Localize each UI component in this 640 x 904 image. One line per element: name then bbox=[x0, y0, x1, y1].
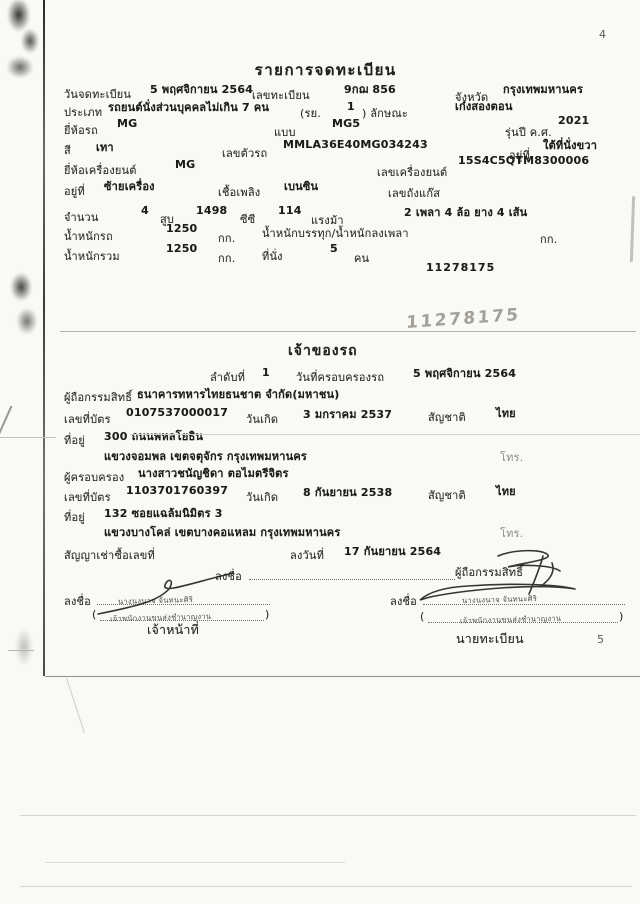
holder-id-value: 0107537000017 bbox=[126, 406, 228, 419]
quantity-label: จำนวน bbox=[64, 208, 99, 226]
officer-stamp-name: นางนงนาจ จันทนะศิริ bbox=[118, 594, 193, 608]
sequence-value: 1 bbox=[262, 366, 270, 379]
serial-number: 11278175 bbox=[426, 261, 495, 274]
gross-weight-value: 1250 bbox=[166, 242, 197, 255]
type-value: รถยนต์นั่งส่วนบุคคลไม่เกิน 7 คน bbox=[108, 98, 269, 116]
engine-no-value: 15S4C5QTM8300006 bbox=[458, 154, 589, 167]
axle-wheel-tire-info: 2 เพลา 4 ล้อ ยาง 4 เส้น bbox=[404, 203, 527, 221]
weight-unit: กก. bbox=[218, 229, 235, 247]
holder-dob-label: วันเกิด bbox=[246, 410, 278, 428]
load-weight-label: น้ำหนักบรรทุก/น้ำหนักลงเพลา bbox=[262, 224, 409, 242]
fuel-value: เบนซิน bbox=[284, 177, 318, 195]
holder-address-label: ที่อยู่ bbox=[64, 431, 85, 449]
seats-label: ที่นั่ง bbox=[262, 247, 283, 265]
scan-scratch-left bbox=[0, 437, 56, 438]
possessor-id-value: 1103701760397 bbox=[126, 484, 228, 497]
possessor-value: นางสาวชนัญชิดา ตอไมตรีจิตร bbox=[138, 464, 289, 482]
color-label: สี bbox=[64, 141, 71, 159]
possessor-tel-label: โทร. bbox=[500, 524, 523, 542]
possessor-label: ผู้ครอบครอง bbox=[64, 468, 124, 486]
seats-value: 5 bbox=[330, 242, 338, 255]
scan-smudge-top-left bbox=[4, 0, 46, 82]
scan-streak-address bbox=[130, 434, 640, 435]
bottom-rule bbox=[45, 676, 640, 677]
holder-id-label: เลขที่บัตร bbox=[64, 410, 111, 428]
chassis-location-value: ใต้ที่นั่งขวา bbox=[543, 136, 597, 154]
possession-date-label: วันที่ครอบครองรถ bbox=[296, 368, 384, 386]
holder-sign-label: ผู้ถือกรรมสิทธิ์ bbox=[455, 563, 523, 581]
registrar-paren-close: ) bbox=[619, 610, 624, 623]
scan-line-2 bbox=[45, 862, 345, 863]
scan-edge-line bbox=[43, 0, 45, 676]
cc-unit: ซีซี bbox=[240, 210, 255, 228]
sign-label-registrar: ลงชื่อ bbox=[390, 592, 417, 610]
section-divider-line bbox=[60, 331, 636, 332]
officer-paren-close: ) bbox=[265, 608, 270, 621]
holder-nationality-value: ไทย bbox=[496, 404, 516, 422]
ry-close-characteristic-label: ) ลักษณะ bbox=[362, 104, 408, 122]
officer-role-label: เจ้าหน้าที่ bbox=[147, 620, 199, 640]
ry-open: (รย. bbox=[300, 104, 321, 122]
holder-value: ธนาคารทหารไทยธนชาต จำกัด(มหาชน) bbox=[137, 385, 339, 403]
holder-nationality-label: สัญชาติ bbox=[428, 408, 466, 426]
page-number-bottom: 5 bbox=[597, 633, 604, 646]
holder-address-line1: 300 ถนนพหลโยธิน bbox=[104, 427, 203, 445]
holder-dob-value: 3 มกราคม 2537 bbox=[303, 405, 392, 423]
type-label: ประเภท bbox=[64, 103, 102, 121]
scan-slash-left bbox=[0, 406, 12, 445]
possession-date-value: 5 พฤศจิกายน 2564 bbox=[413, 364, 516, 382]
contract-date-label: ลงวันที่ bbox=[290, 546, 324, 564]
scan-line-3 bbox=[20, 886, 632, 887]
color-value: เทา bbox=[96, 138, 114, 156]
cc-value: 1498 bbox=[196, 204, 227, 217]
possessor-address-label: ที่อยู่ bbox=[64, 508, 85, 526]
gross-weight-label: น้ำหนักรวม bbox=[64, 247, 120, 265]
possessor-address-line1: 132 ซอยแฉล้มนิมิตร 3 bbox=[104, 504, 223, 522]
possessor-nationality-value: ไทย bbox=[496, 482, 516, 500]
scan-mark-right bbox=[630, 196, 635, 262]
hp-value: 114 bbox=[278, 204, 302, 217]
fuel-label: เชื้อเพลิง bbox=[218, 183, 260, 201]
page-number-top: 4 bbox=[599, 28, 606, 41]
holder-tel-label: โทร. bbox=[500, 448, 523, 466]
possessor-nationality-label: สัญชาติ bbox=[428, 486, 466, 504]
gross-weight-unit: กก. bbox=[218, 249, 235, 267]
sign-label-holder: ลงชื่อ bbox=[215, 567, 242, 585]
contract-date-value: 17 กันยายน 2564 bbox=[344, 542, 441, 560]
model-value: MG5 bbox=[332, 117, 360, 130]
document-title: รายการจดทะเบียน bbox=[255, 58, 397, 82]
officer-paren-open: ( bbox=[92, 608, 97, 621]
scan-smudge-bottom-left bbox=[10, 612, 38, 682]
possessor-address-line2: แขวงบางโคล่ เขตบางคอแหลม กรุงเทพมหานคร bbox=[104, 523, 340, 541]
scan-smudge-mid-left bbox=[6, 268, 44, 344]
contract-no-label: สัญญาเช่าซื้อเลขที่ bbox=[64, 546, 155, 564]
possessor-dob-value: 8 กันยายน 2538 bbox=[303, 483, 392, 501]
registrar-paren-open: ( bbox=[420, 610, 425, 623]
seats-unit: คน bbox=[354, 249, 369, 267]
possessor-dob-label: วันเกิด bbox=[246, 488, 278, 506]
chassis-label: เลขตัวรถ bbox=[222, 144, 267, 162]
chassis-no-value: MMLA36E40MG034243 bbox=[283, 138, 428, 151]
ry-value: 1 bbox=[347, 100, 355, 113]
scanned-registration-document: 4 5 รายการจดทะเบียน วันจดทะเบียน 5 พฤศจิ… bbox=[0, 0, 640, 904]
sign-label-officer: ลงชื่อ bbox=[64, 592, 91, 610]
body-style-value: เก๋งสองตอน bbox=[455, 97, 513, 115]
brand-value: MG bbox=[117, 117, 137, 130]
gas-tank-label: เลขถังแก๊ส bbox=[388, 184, 440, 202]
owner-section-title: เจ้าของรถ bbox=[288, 340, 358, 362]
year-value: 2021 bbox=[558, 114, 589, 127]
signature-line-holder bbox=[249, 566, 455, 580]
engine-brand-value: MG bbox=[175, 158, 195, 171]
scan-scratch-diagonal bbox=[66, 678, 85, 733]
weight-value: 1250 bbox=[166, 222, 197, 235]
scan-line-1 bbox=[20, 815, 636, 816]
registrar-stamp-name: นางนงนาจ จันทนะศิริ bbox=[462, 593, 537, 607]
holder-address-line2: แขวงจอมพล เขตจตุจักร กรุงเทพมหานคร bbox=[104, 447, 307, 465]
cylinders-value: 4 bbox=[141, 204, 149, 217]
engine-location-label: อยู่ที่ bbox=[64, 182, 85, 200]
province-value: กรุงเทพมหานคร bbox=[503, 80, 583, 98]
brand-label: ยี่ห้อรถ bbox=[64, 121, 98, 139]
registrar-role-label: นายทะเบียน bbox=[456, 629, 524, 649]
engine-location-value: ซ้ายเครื่อง bbox=[104, 177, 155, 195]
load-weight-unit: กก. bbox=[540, 230, 557, 248]
reg-date-value: 5 พฤศจิกายน 2564 bbox=[150, 80, 253, 98]
sequence-label: ลำดับที่ bbox=[210, 368, 245, 386]
reg-no-value: 9กฌ 856 bbox=[344, 80, 396, 98]
weight-label: น้ำหนักรถ bbox=[64, 227, 113, 245]
serial-number-faded: 11278175 bbox=[406, 305, 521, 333]
registrar-stamp-title: เจ้าพนักงานขนส่งชำนาญงาน bbox=[460, 613, 562, 628]
scan-dash-left-margin bbox=[8, 650, 34, 651]
engine-no-label: เลขเครื่องยนต์ bbox=[377, 163, 447, 181]
holder-label: ผู้ถือกรรมสิทธิ์ bbox=[64, 388, 132, 406]
